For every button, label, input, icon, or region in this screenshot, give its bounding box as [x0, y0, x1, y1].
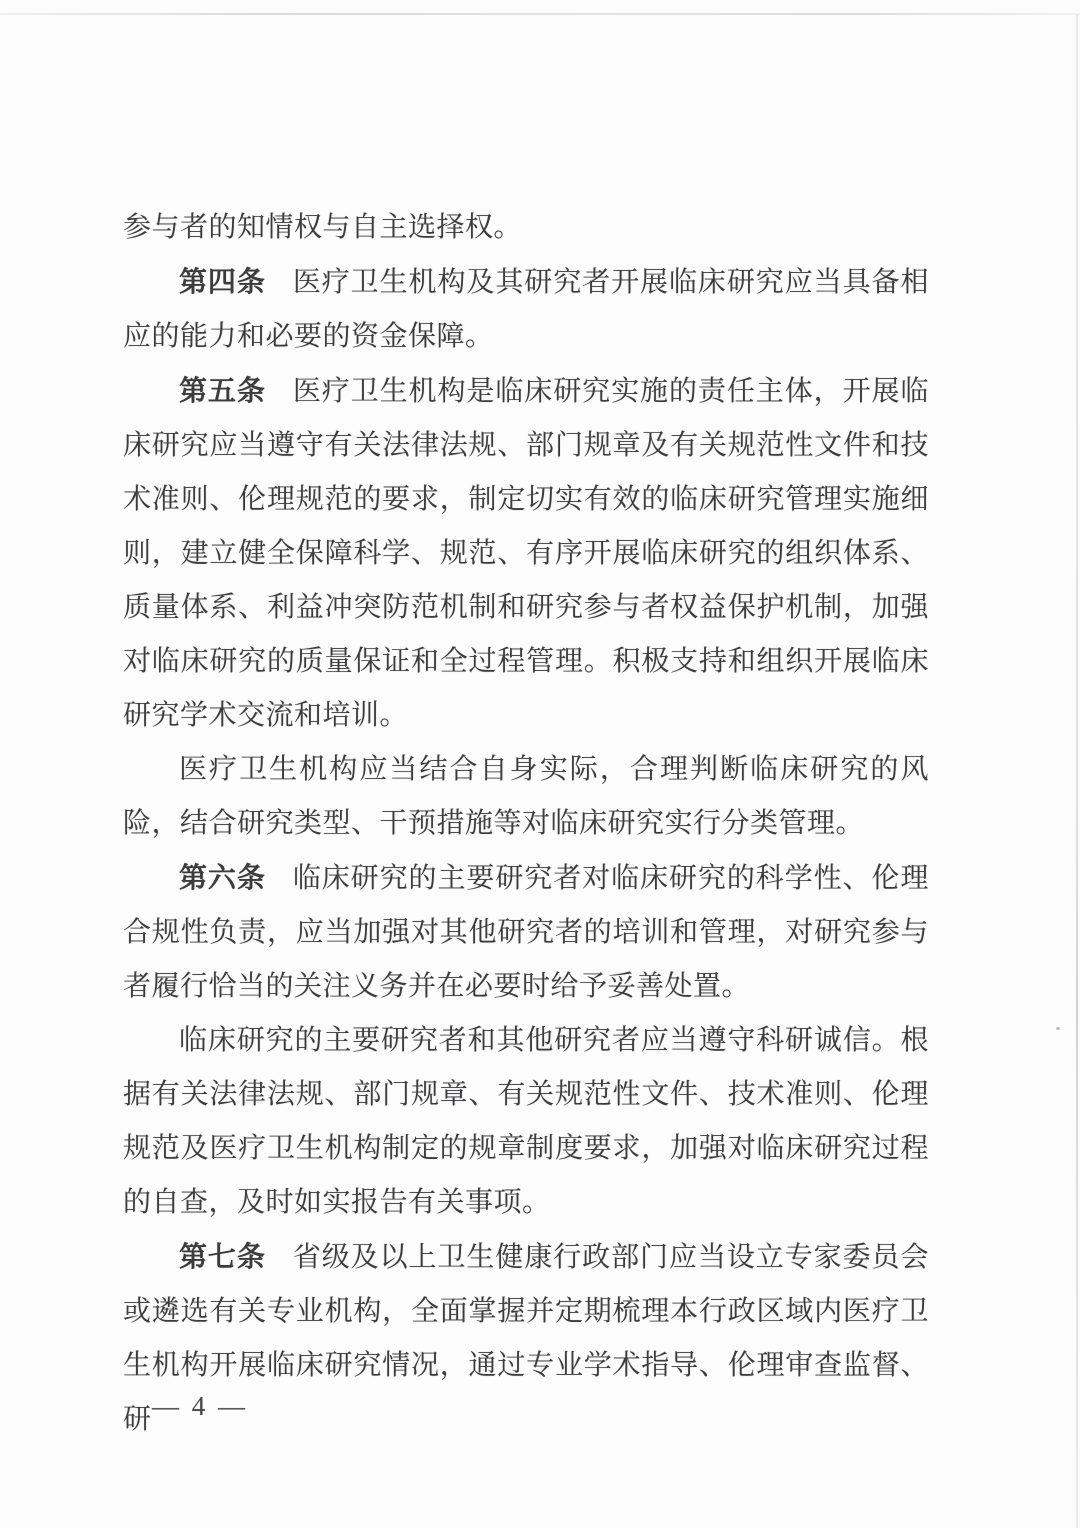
- body-paragraph: 医疗卫生机构应当结合自身实际，合理判断临床研究的风险，结合研究类型、干预措施等对…: [123, 743, 929, 851]
- article-number: 第五条: [179, 375, 266, 406]
- document-page: 参与者的知情权与自主选择权。第四条医疗卫生机构及其研究者开展临床研究应当具备相应…: [0, 0, 1080, 1528]
- scan-edge-top: [0, 13, 1080, 15]
- article-number: 第四条: [179, 266, 266, 297]
- scan-edge-right: [1076, 14, 1078, 1528]
- scan-speck: [1056, 1027, 1060, 1030]
- article-number: 第六条: [179, 862, 266, 893]
- article-number: 第七条: [179, 1241, 266, 1272]
- article-paragraph: 第四条医疗卫生机构及其研究者开展临床研究应当具备相应的能力和必要的资金保障。: [123, 255, 929, 364]
- document-body: 参与者的知情权与自主选择权。第四条医疗卫生机构及其研究者开展临床研究应当具备相应…: [123, 201, 929, 1447]
- body-paragraph: 参与者的知情权与自主选择权。: [123, 201, 929, 255]
- article-paragraph: 第五条医疗卫生机构是临床研究实施的责任主体，开展临床研究应当遵守有关法律法规、部…: [123, 364, 929, 743]
- article-paragraph: 第六条临床研究的主要研究者对临床研究的科学性、伦理合规性负责，应当加强对其他研究…: [123, 851, 929, 1014]
- page-number: — 4 —: [152, 1390, 248, 1422]
- body-paragraph: 临床研究的主要研究者和其他研究者应当遵守科研诚信。根据有关法律法规、部门规章、有…: [123, 1014, 929, 1230]
